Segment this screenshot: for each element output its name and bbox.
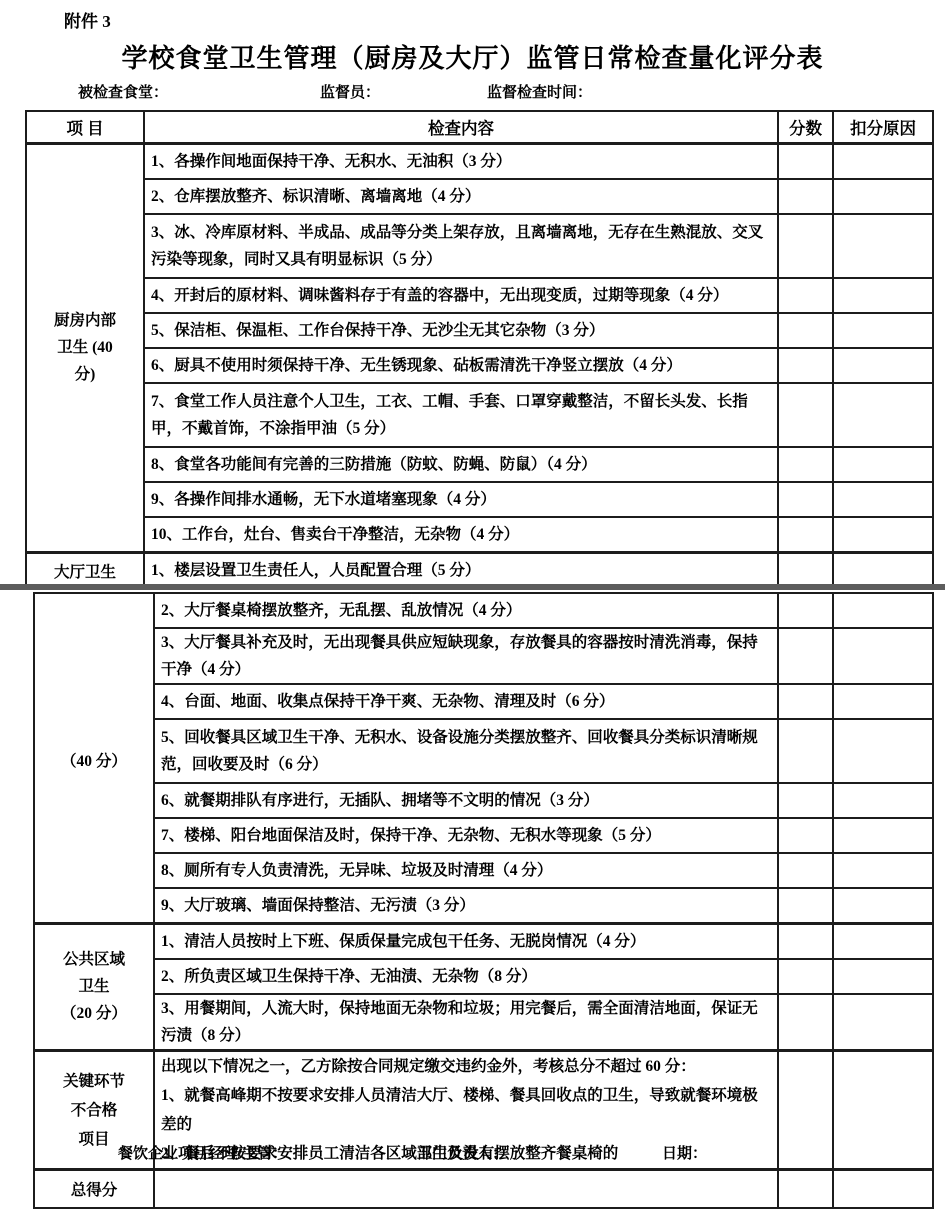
check-item-text: 3、大厅餐具补充及时，无出现餐具供应短缺现象，存放餐具的容器按时清洗消毒，保持干… bbox=[154, 628, 778, 684]
header-reason: 扣分原因 bbox=[833, 111, 933, 144]
table-row: 公共区域 卫生 （20 分） 1、清洁人员按时上下班、保质保量完成包干任务、无脱… bbox=[34, 924, 933, 960]
score-cell bbox=[778, 684, 833, 719]
reason-cell bbox=[833, 214, 933, 278]
score-cell bbox=[778, 447, 833, 482]
table-row: （40 分） 2、大厅餐桌椅摆放整齐，无乱摆、乱放情况（4 分） bbox=[34, 593, 933, 628]
reason-cell bbox=[833, 179, 933, 214]
table-row: 3、大厅餐具补充及时，无出现餐具供应短缺现象，存放餐具的容器按时清洗消毒，保持干… bbox=[34, 628, 933, 684]
reason-cell bbox=[833, 853, 933, 888]
reason-cell bbox=[833, 628, 933, 684]
check-item-text: 4、台面、地面、收集点保持干净干爽、无杂物、清理及时（6 分） bbox=[154, 684, 778, 719]
table-row: 厨房内部 卫生 (40 分) 1、各操作间地面保持干净、无积水、无油积（3 分） bbox=[26, 144, 933, 180]
key-rule-text: 1、就餐高峰期不按要求安排人员清洁大厅、楼梯、餐具回收点的卫生，导致就餐环境极差… bbox=[161, 1081, 771, 1139]
score-cell bbox=[778, 994, 833, 1051]
reason-cell bbox=[833, 278, 933, 313]
check-item-text: 2、所负责区域卫生保持干净、无油渍、无杂物（8 分） bbox=[154, 959, 778, 994]
table-row: 10、工作台，灶台、售卖台干净整洁，无杂物（4 分） bbox=[26, 517, 933, 553]
section-label-line: 分) bbox=[33, 366, 137, 384]
total-score-content bbox=[154, 1170, 778, 1209]
score-cell bbox=[778, 383, 833, 447]
check-item-text: 3、用餐期间，人流大时，保持地面无杂物和垃圾；用完餐后，需全面清洁地面，保证无污… bbox=[154, 994, 778, 1051]
check-item-text: 9、各操作间排水通畅，无下水道堵塞现象（4 分） bbox=[144, 482, 778, 517]
reason-cell bbox=[833, 482, 933, 517]
check-item-text: 1、清洁人员按时上下班、保质保量完成包干任务、无脱岗情况（4 分） bbox=[154, 924, 778, 960]
header-content: 检查内容 bbox=[144, 111, 778, 144]
reason-cell bbox=[833, 888, 933, 924]
table-row: 9、各操作间排水通畅，无下水道堵塞现象（4 分） bbox=[26, 482, 933, 517]
table-row: 3、冰、冷库原材料、半成品、成品等分类上架存放，且离墙离地，无存在生熟混放、交叉… bbox=[26, 214, 933, 278]
reason-cell bbox=[833, 783, 933, 818]
score-cell bbox=[778, 144, 833, 180]
table-row: 2、所负责区域卫生保持干净、无油渍、无杂物（8 分） bbox=[34, 959, 933, 994]
header-item: 项 目 bbox=[26, 111, 144, 144]
page-title: 学校食堂卫生管理（厨房及大厅）监管日常检查量化评分表 bbox=[0, 38, 945, 75]
department-head-label: 部门负责人： bbox=[417, 1142, 507, 1163]
score-cell bbox=[778, 214, 833, 278]
score-cell bbox=[778, 1170, 833, 1209]
check-item-text: 7、楼梯、阳台地面保洁及时，保持干净、无杂物、无积水等现象（5 分） bbox=[154, 818, 778, 853]
score-cell bbox=[778, 482, 833, 517]
table-row: 4、开封后的原材料、调味酱料存于有盖的容器中，无出现变质，过期等现象（4 分） bbox=[26, 278, 933, 313]
check-item-text: 6、就餐期排队有序进行，无插队、拥堵等不文明的情况（3 分） bbox=[154, 783, 778, 818]
reason-cell bbox=[833, 684, 933, 719]
attachment-label: 附件 3 bbox=[64, 7, 111, 32]
score-cell bbox=[778, 348, 833, 383]
header-score: 分数 bbox=[778, 111, 833, 144]
section-label-line: 卫生 bbox=[41, 978, 147, 996]
field-time-label: 监督检查时间： bbox=[487, 81, 592, 102]
reason-cell bbox=[833, 1170, 933, 1209]
reason-cell bbox=[833, 447, 933, 482]
table-row: 5、保洁柜、保温柜、工作台保持干净、无沙尘无其它杂物（3 分） bbox=[26, 313, 933, 348]
reason-cell bbox=[833, 719, 933, 783]
score-cell bbox=[778, 1051, 833, 1170]
section-label-line: 关键环节 bbox=[41, 1067, 147, 1096]
reason-cell bbox=[833, 1051, 933, 1170]
check-item-text: 5、保洁柜、保温柜、工作台保持干净、无沙尘无其它杂物（3 分） bbox=[144, 313, 778, 348]
table-row: 5、回收餐具区域卫生干净、无积水、设备设施分类摆放整齐、回收餐具分类标识清晰规范… bbox=[34, 719, 933, 783]
table-row: 3、用餐期间，人流大时，保持地面无杂物和垃圾；用完餐后，需全面清洁地面，保证无污… bbox=[34, 994, 933, 1051]
table-row: 7、楼梯、阳台地面保洁及时，保持干净、无杂物、无积水等现象（5 分） bbox=[34, 818, 933, 853]
field-supervisor-label: 监督员： bbox=[320, 81, 380, 102]
section-label-line: （40 分） bbox=[41, 753, 147, 771]
check-item-text: 3、冰、冷库原材料、半成品、成品等分类上架存放，且离墙离地，无存在生熟混放、交叉… bbox=[144, 214, 778, 278]
key-rule-text: 出现以下情况之一，乙方除按合同规定缴交违约金外，考核总分不超过 60 分： bbox=[161, 1052, 771, 1081]
page-2: （40 分） 2、大厅餐桌椅摆放整齐，无乱摆、乱放情况（4 分） 3、大厅餐具补… bbox=[0, 590, 945, 1170]
check-item-text: 8、厕所有专人负责清洗，无异味、垃圾及时清理（4 分） bbox=[154, 853, 778, 888]
section-label-line: 公共区域 bbox=[41, 951, 147, 969]
section-label-line: 卫生 (40 bbox=[33, 339, 137, 357]
table-row: 7、食堂工作人员注意个人卫生，工衣、工帽、手套、口罩穿戴整洁，不留长头发、长指甲… bbox=[26, 383, 933, 447]
reason-cell bbox=[833, 313, 933, 348]
section-label-line: 厨房内部 bbox=[33, 312, 137, 330]
table-row: 大厅卫生 1、楼层设置卫生责任人，人员配置合理（5 分） bbox=[26, 553, 933, 589]
manager-signature-label: 餐饮企业项目经理/主管： bbox=[118, 1142, 287, 1163]
section-label-public: 公共区域 卫生 （20 分） bbox=[34, 924, 154, 1051]
score-cell bbox=[778, 924, 833, 960]
check-item-text: 2、仓库摆放整齐、标识清晰、离墙离地（4 分） bbox=[144, 179, 778, 214]
check-item-text: 7、食堂工作人员注意个人卫生，工衣、工帽、手套、口罩穿戴整洁，不留长头发、长指甲… bbox=[144, 383, 778, 447]
check-item-text: 5、回收餐具区域卫生干净、无积水、设备设施分类摆放整齐、回收餐具分类标识清晰规范… bbox=[154, 719, 778, 783]
reason-cell bbox=[833, 553, 933, 589]
score-cell bbox=[778, 553, 833, 589]
reason-cell bbox=[833, 348, 933, 383]
check-item-text: 1、楼层设置卫生责任人，人员配置合理（5 分） bbox=[144, 553, 778, 589]
check-item-text: 2、大厅餐桌椅摆放整齐，无乱摆、乱放情况（4 分） bbox=[154, 593, 778, 628]
table-row: 6、厨具不使用时须保持干净、无生锈现象、砧板需清洗干净竖立摆放（4 分） bbox=[26, 348, 933, 383]
table-row: 8、食堂各功能间有完善的三防措施（防蚊、防蝇、防鼠）（4 分） bbox=[26, 447, 933, 482]
reason-cell bbox=[833, 383, 933, 447]
section-label-hall-continued: （40 分） bbox=[34, 593, 154, 924]
reason-cell bbox=[833, 144, 933, 180]
inspection-table-page2: （40 分） 2、大厅餐桌椅摆放整齐，无乱摆、乱放情况（4 分） 3、大厅餐具补… bbox=[33, 592, 934, 1209]
table-row: 2、仓库摆放整齐、标识清晰、离墙离地（4 分） bbox=[26, 179, 933, 214]
page-1: 附件 3 学校食堂卫生管理（厨房及大厅）监管日常检查量化评分表 被检查食堂： 监… bbox=[0, 0, 945, 585]
score-cell bbox=[778, 278, 833, 313]
score-cell bbox=[778, 888, 833, 924]
score-cell bbox=[778, 628, 833, 684]
check-item-text: 10、工作台，灶台、售卖台干净整洁，无杂物（4 分） bbox=[144, 517, 778, 553]
score-cell bbox=[778, 313, 833, 348]
score-cell bbox=[778, 517, 833, 553]
check-item-text: 6、厨具不使用时须保持干净、无生锈现象、砧板需清洗干净竖立摆放（4 分） bbox=[144, 348, 778, 383]
reason-cell bbox=[833, 959, 933, 994]
date-label: 日期： bbox=[662, 1142, 707, 1163]
check-item-text: 1、各操作间地面保持干净、无积水、无油积（3 分） bbox=[144, 144, 778, 180]
table-row: 4、台面、地面、收集点保持干净干爽、无杂物、清理及时（6 分） bbox=[34, 684, 933, 719]
score-cell bbox=[778, 719, 833, 783]
section-label-total: 总得分 bbox=[34, 1170, 154, 1209]
field-canteen-label: 被检查食堂： bbox=[78, 81, 168, 102]
check-item-text: 9、大厅玻璃、墙面保持整洁、无污渍（3 分） bbox=[154, 888, 778, 924]
table-header-row: 项 目 检查内容 分数 扣分原因 bbox=[26, 111, 933, 144]
section-label-line: 不合格 bbox=[41, 1096, 147, 1125]
reason-cell bbox=[833, 994, 933, 1051]
table-row: 6、就餐期排队有序进行，无插队、拥堵等不文明的情况（3 分） bbox=[34, 783, 933, 818]
score-cell bbox=[778, 853, 833, 888]
reason-cell bbox=[833, 818, 933, 853]
score-cell bbox=[778, 818, 833, 853]
score-cell bbox=[778, 593, 833, 628]
score-cell bbox=[778, 179, 833, 214]
table-row: 总得分 bbox=[34, 1170, 933, 1209]
inspection-table-page1: 项 目 检查内容 分数 扣分原因 厨房内部 卫生 (40 分) 1、各操作间地面… bbox=[25, 110, 934, 589]
table-row: 9、大厅玻璃、墙面保持整洁、无污渍（3 分） bbox=[34, 888, 933, 924]
section-label-kitchen: 厨房内部 卫生 (40 分) bbox=[26, 144, 144, 553]
section-label-line: （20 分） bbox=[41, 1005, 147, 1023]
reason-cell bbox=[833, 517, 933, 553]
check-item-text: 4、开封后的原材料、调味酱料存于有盖的容器中，无出现变质，过期等现象（4 分） bbox=[144, 278, 778, 313]
score-cell bbox=[778, 959, 833, 994]
table-row: 8、厕所有专人负责清洗，无异味、垃圾及时清理（4 分） bbox=[34, 853, 933, 888]
reason-cell bbox=[833, 593, 933, 628]
check-item-text: 8、食堂各功能间有完善的三防措施（防蚊、防蝇、防鼠）（4 分） bbox=[144, 447, 778, 482]
score-cell bbox=[778, 783, 833, 818]
reason-cell bbox=[833, 924, 933, 960]
section-label-hall: 大厅卫生 bbox=[26, 553, 144, 589]
